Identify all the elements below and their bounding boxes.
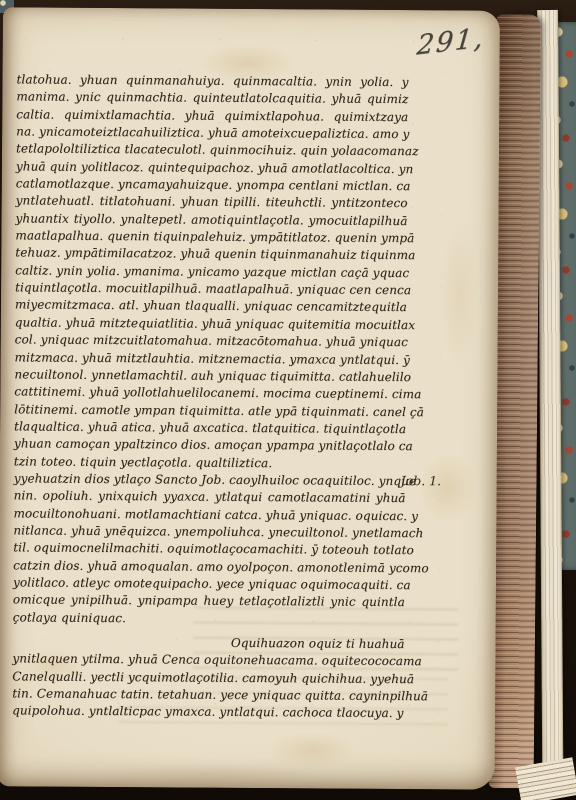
manuscript-page: 291, tlatohua. yhuan quinmanahuiya. quin… (0, 7, 500, 789)
paragraph: tlatohua. yhuan quinmanahuiya. quinmacal… (14, 71, 409, 473)
manuscript-line: omicque ynipilhuā. ynipampa huey tetlaço… (13, 592, 405, 612)
folio-number: 291, (416, 22, 487, 61)
margin-note: Job. 1. (401, 473, 442, 488)
manuscript-line: cattitinemi. yhuā yollotlahuelilocanemi.… (14, 384, 406, 404)
manuscript-line: nin. opoliuh. ynixquich yyaxca. ytlatqui… (14, 488, 406, 508)
paragraph: yyehuatzin dios ytlaço Sancto Job. caoyl… (13, 470, 406, 629)
manuscript-line: col. yniquac mitzcuitlatomahua. mitzacōt… (15, 332, 407, 352)
manuscript-line: çotlaya quiniquac. (13, 609, 405, 629)
manuscript-line: yhuan camoçan ypaltzinco dios. amoçan yp… (14, 436, 406, 456)
manuscript-line: til. oquimocnelilmachiti. oquimotlaçocam… (13, 540, 405, 560)
paper-stain (253, 725, 373, 776)
paper-stain (432, 190, 485, 400)
paragraph: Oquihuazon oquiz ti huahuāynitlaquen yti… (12, 633, 405, 722)
paper-stain (407, 440, 488, 537)
manuscript-line: quipolohua. yntlalticpac ymaxca. yntlatq… (12, 703, 404, 723)
manuscript-text: tlatohua. yhuan quinmanahuiya. quinmacal… (12, 71, 409, 722)
paper-stain (58, 758, 358, 794)
manuscript-photo: 291, tlatohua. yhuan quinmanahuiya. quin… (0, 0, 576, 800)
